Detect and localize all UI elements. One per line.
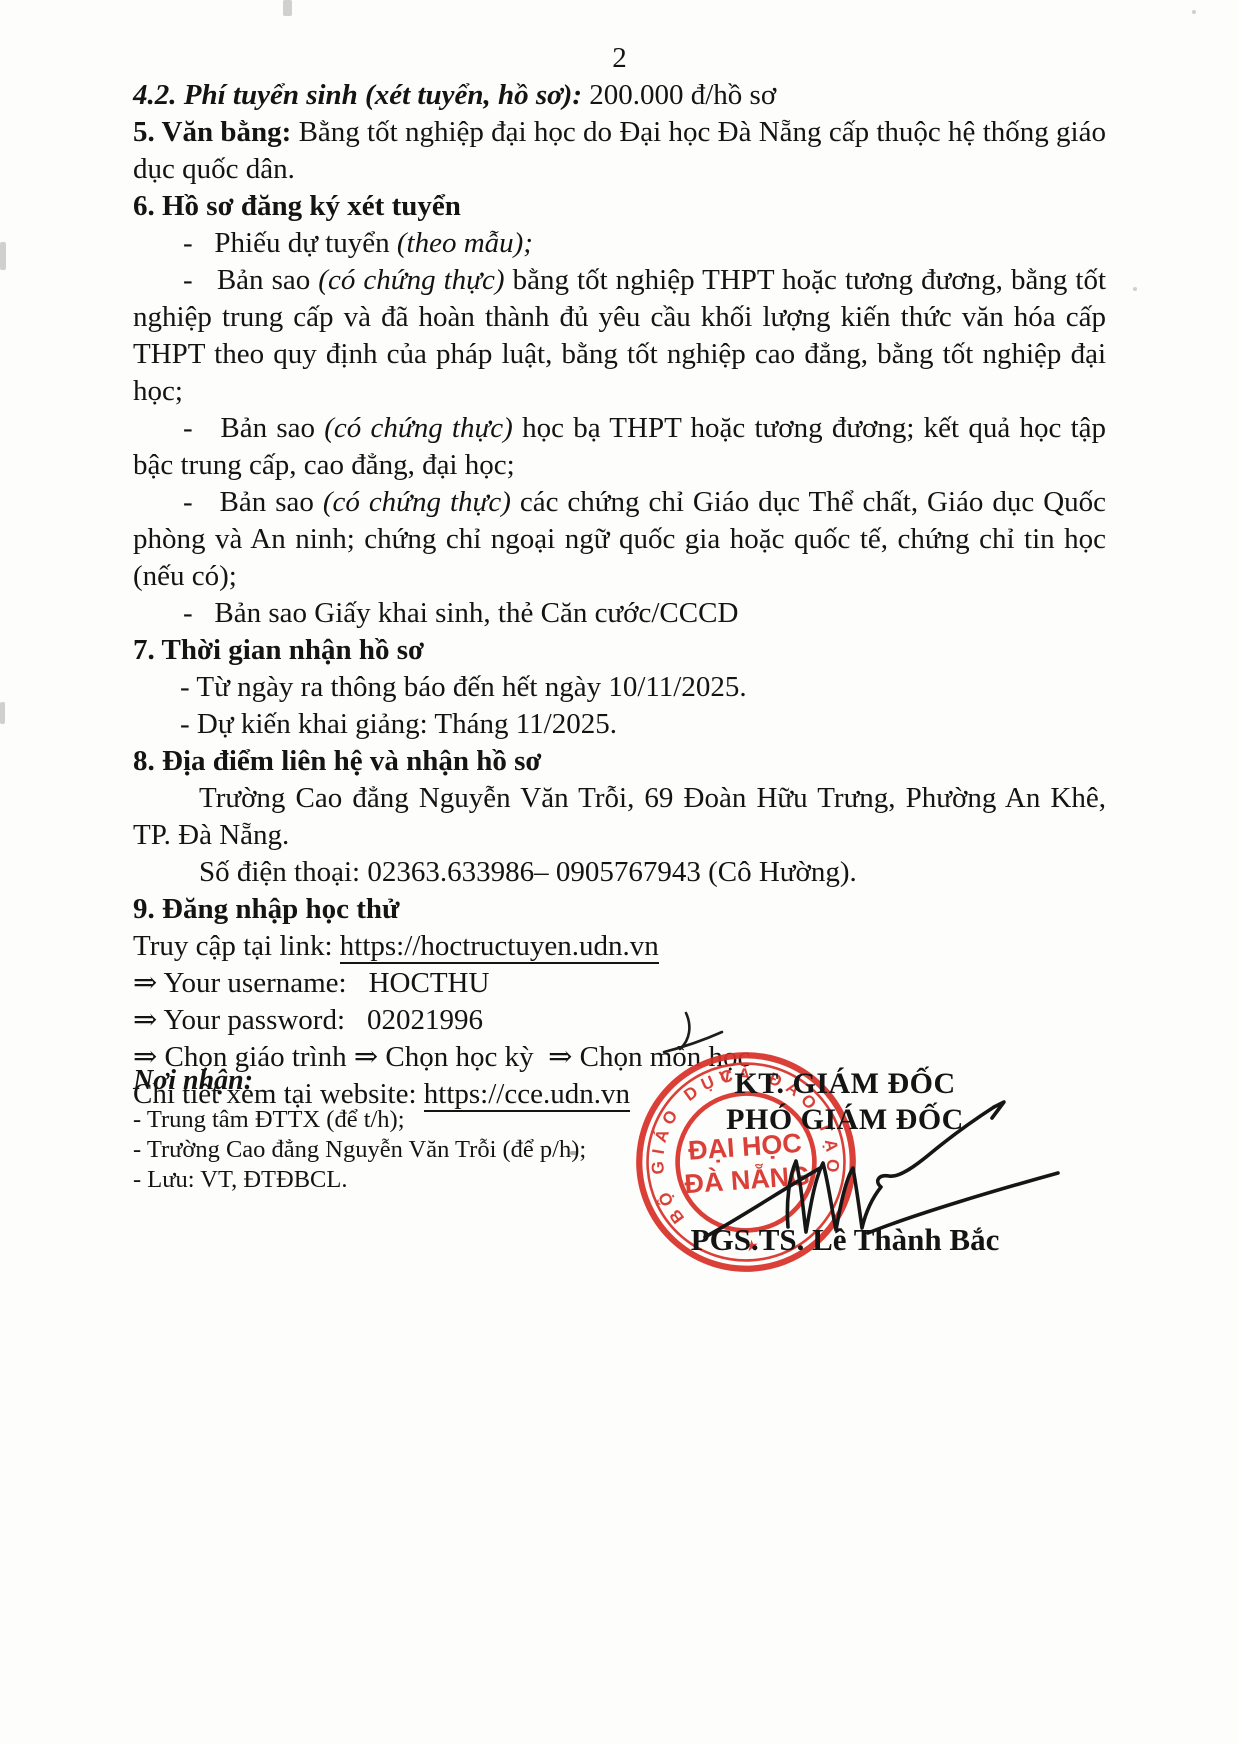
section-7-item: - Từ ngày ra thông báo đến hết ngày 10/1… — [133, 669, 1106, 706]
scan-artifact — [1192, 10, 1196, 14]
section-4-2-value: 200.000 đ/hồ sơ — [589, 79, 776, 111]
recipients-heading: Nơi nhận: — [133, 1063, 586, 1099]
section-6-item: - Phiếu dự tuyển (theo mẫu); — [133, 225, 1106, 262]
section-9-heading: 9. Đăng nhập học thử — [133, 891, 1106, 928]
section-8-address: Trường Cao đẳng Nguyễn Văn Trỗi, 69 Đoàn… — [133, 780, 1106, 854]
section-6-item: - Bản sao (có chứng thực) học bạ THPT ho… — [133, 410, 1106, 484]
username-value: HOCTHU — [369, 967, 490, 999]
section-9-username-line: ⇒ Your username:HOCTHU — [133, 965, 1106, 1002]
section-8-phone: Số điện thoại: 02363.633986– 0905767943 … — [133, 854, 1106, 891]
page-number: 2 — [133, 40, 1106, 77]
section-6-item: - Bản sao (có chứng thực) các chứng chỉ … — [133, 484, 1106, 595]
pen-mark — [656, 1010, 728, 1062]
hoctructuyen-link[interactable]: https://hoctructuyen.udn.vn — [340, 930, 659, 964]
item-lead: - Bản sao — [183, 412, 324, 444]
link-label: Truy cập tại link: — [133, 930, 340, 962]
section-6-item: - Bản sao (có chứng thực) bằng tốt nghiệ… — [133, 262, 1106, 410]
section-8-heading: 8. Địa điểm liên hệ và nhận hồ sơ — [133, 743, 1106, 780]
password-label: ⇒ Your password: — [133, 1004, 345, 1036]
section-7-heading: 7. Thời gian nhận hồ sơ — [133, 632, 1106, 669]
section-6-item: - Bản sao Giấy khai sinh, thẻ Căn cước/C… — [133, 595, 1106, 632]
section-5: 5. Văn bằng: Bằng tốt nghiệp đại học do … — [133, 114, 1106, 188]
item-italic: (theo mẫu); — [397, 227, 533, 259]
recipient-item: - Trung tâm ĐTTX (để t/h); — [133, 1105, 586, 1135]
scan-artifact — [0, 242, 6, 270]
document-body: 2 4.2. Phí tuyển sinh (xét tuyển, hồ sơ)… — [0, 0, 1238, 1113]
section-9-password-line: ⇒ Your password:02021996 — [133, 1002, 1106, 1039]
scanned-document-page: 2 4.2. Phí tuyển sinh (xét tuyển, hồ sơ)… — [0, 0, 1238, 1744]
item-lead: - Bản sao — [183, 486, 323, 518]
section-6-heading: 6. Hồ sơ đăng ký xét tuyển — [133, 188, 1106, 225]
scan-artifact — [0, 702, 5, 724]
section-9-link-line: Truy cập tại link: https://hoctructuyen.… — [133, 928, 1106, 965]
item-lead: - Phiếu dự tuyển — [183, 227, 397, 259]
recipients-block: Nơi nhận: - Trung tâm ĐTTX (để t/h); - T… — [133, 1063, 586, 1195]
section-5-heading: 5. Văn bằng: — [133, 116, 299, 148]
scan-artifact — [283, 0, 292, 16]
handwritten-signature — [670, 1085, 1150, 1275]
item-italic: (có chứng thực) — [324, 412, 513, 444]
section-7-item: - Dự kiến khai giảng: Tháng 11/2025. — [133, 706, 1106, 743]
section-4-2-heading: 4.2. Phí tuyển sinh (xét tuyển, hồ sơ): — [133, 79, 589, 111]
recipient-item: - Lưu: VT, ĐTĐBCL. — [133, 1165, 586, 1195]
item-lead: - Bản sao — [183, 264, 318, 296]
item-lead: - Bản sao Giấy khai sinh, thẻ Căn cước/C… — [183, 597, 738, 629]
username-label: ⇒ Your username: — [133, 967, 347, 999]
password-value: 02021996 — [367, 1004, 483, 1036]
scan-artifact — [1133, 287, 1137, 291]
item-italic: (có chứng thực) — [318, 264, 504, 296]
item-italic: (có chứng thực) — [323, 486, 511, 518]
recipient-item: - Trường Cao đẳng Nguyễn Văn Trỗi (để p/… — [133, 1135, 586, 1165]
section-4-2: 4.2. Phí tuyển sinh (xét tuyển, hồ sơ): … — [133, 77, 1106, 114]
